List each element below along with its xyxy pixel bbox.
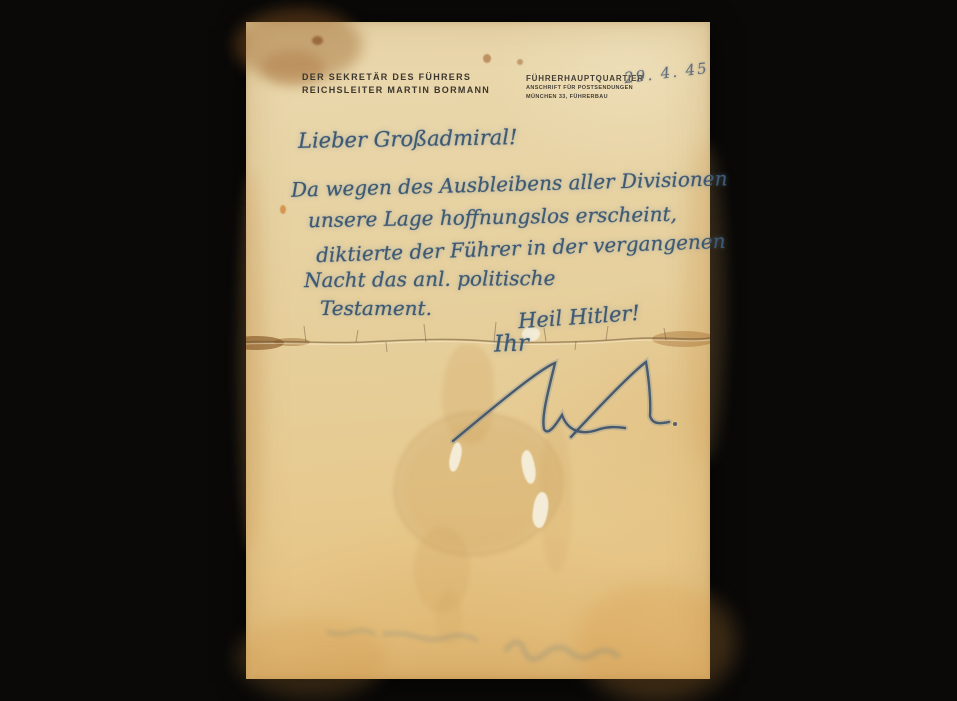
photo-background: DER SEKRETÄR DES FÜHRERS REICHSLEITER MA… — [0, 0, 957, 701]
handwritten-date: 29. 4. 45 — [623, 59, 709, 87]
paper-chip-3 — [531, 491, 550, 528]
stain-top-speck-2 — [517, 59, 523, 65]
signature-scrawl — [401, 355, 706, 453]
fold-crease — [246, 320, 710, 360]
stain-top-left-speck — [312, 36, 323, 45]
letter-line: Testament. — [320, 296, 432, 320]
letter-closing: Ihr — [494, 330, 530, 357]
letter-line: Da wegen des Ausbleibens aller Divisione… — [291, 166, 728, 201]
letterhead-sender-line2: REICHSLEITER MARTIN BORMANN — [302, 84, 490, 97]
letter-salutation: Lieber Großadmiral! — [298, 125, 518, 153]
stain-left-edge — [238, 172, 264, 552]
ink-bleedthrough — [296, 620, 626, 668]
paper-chip-2 — [520, 449, 538, 484]
letterhead-office-line3: MÜNCHEN 33, FÜHRERBAU — [526, 94, 644, 101]
letter-line: Nacht das anl. politische — [304, 266, 556, 292]
letterhead-sender: DER SEKRETÄR DES FÜHRERS REICHSLEITER MA… — [302, 71, 490, 97]
stain-top-speck-1 — [483, 54, 491, 63]
stain-left-orange-speck — [280, 205, 286, 214]
letter-line: diktierte der Führer in der vergangenen — [316, 229, 726, 267]
letter-paper: DER SEKRETÄR DES FÜHRERS REICHSLEITER MA… — [246, 22, 710, 679]
letter-line: unsere Lage hoffnungslos erscheint, — [308, 202, 677, 232]
water-stain-drip — [414, 527, 470, 613]
letterhead-sender-line1: DER SEKRETÄR DES FÜHRERS — [302, 71, 490, 84]
